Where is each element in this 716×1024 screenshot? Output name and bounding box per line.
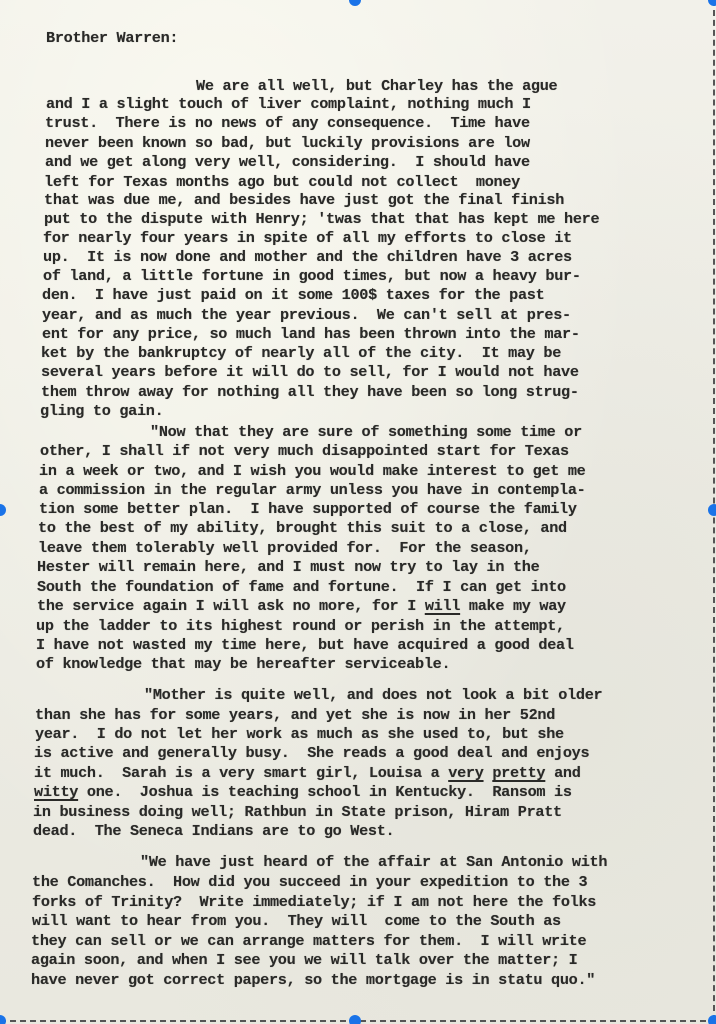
letter-line: I have not wasted my time here, but have… [36,635,574,655]
letter-line: that was due me, and besides have just g… [44,190,564,210]
letter-line: gling to gain. [40,401,163,421]
letter-line: in a week or two, and I wish you would m… [39,461,585,481]
letter-line: in business doing well; Rathbun in State… [33,802,562,822]
letter-line: trust. There is no news of any consequen… [45,113,530,133]
letter-line: is active and generally busy. She reads … [34,743,589,763]
letter-line: ket by the bankruptcy of nearly all of t… [41,343,561,363]
letter-line: "We have just heard of the affair at San… [140,852,607,872]
letter-line: forks of Trinity? Write immediately; if … [32,892,596,912]
letter-line: left for Texas months ago but could not … [44,172,520,192]
salutation: Brother Warren: [46,28,178,48]
letter-line: Hester will remain here, and I must now … [37,557,539,577]
scanned-page-image: Brother Warren:We are all well, but Char… [0,0,716,1024]
letter-line: year. I do not let her work as much as s… [35,724,564,744]
letter-line: of knowledge that may be hereafter servi… [36,654,450,674]
letter-line: up. It is now done and mother and the ch… [43,247,572,267]
letter-line: have never got correct papers, so the mo… [31,970,595,990]
letter-line: and we get along very well, considering.… [45,152,530,172]
letter-line: year, and as much the year previous. We … [42,305,571,325]
letter-line: they can sell or we can arrange matters … [31,931,586,951]
letter-line: the Comanches. How did you succeed in yo… [32,872,587,892]
letter-line: leave them tolerably well provided for. … [38,538,532,558]
letter-line: We are all well, but Charley has the agu… [196,76,557,96]
letter-line: of land, a little fortune in good times,… [43,266,581,286]
letter-line: again soon, and when I see you we will t… [31,950,577,970]
letter-line: witty one. Joshua is teaching school in … [34,782,572,802]
letter-line: ent for any price, so much land has been… [42,324,580,344]
letter-line: up the ladder to its highest round or pe… [36,616,565,636]
letter-line: "Mother is quite well, and does not look… [144,685,602,705]
letter-line: other, I shall if not very much disappoi… [40,441,569,461]
letter-line: than she has for some years, and yet she… [35,705,555,725]
letter-line: several years before it will do to sell,… [41,362,579,382]
letter-line: tion some better plan. I have supported … [39,499,577,519]
letter-line: den. I have just paid on it some 100$ ta… [42,285,544,305]
letter-line: them throw away for nothing all they hav… [41,382,579,402]
crop-handle-bottom-right[interactable] [708,1015,716,1024]
letter-line: and I a slight touch of liver complaint,… [46,94,531,114]
letter-line: dead. The Seneca Indians are to go West. [33,821,394,841]
letter-line: South the foundation of fame and fortune… [37,577,566,597]
crop-handle-middle-right[interactable] [708,504,716,516]
letter-line: a commission in the regular army unless … [39,480,585,500]
letter-line: to the best of my ability, brought this … [38,518,567,538]
letter-line: for nearly four years in spite of all my… [43,228,572,248]
letter-line: never been known so bad, but luckily pro… [45,133,530,153]
crop-handle-bottom-center[interactable] [349,1015,361,1024]
letter-line: will want to hear from you. They will co… [32,911,561,931]
letter-text: Brother Warren:We are all well, but Char… [0,0,716,1024]
letter-line: the service again I will ask no more, fo… [37,596,566,616]
letter-line: put to the dispute with Henry; 'twas tha… [44,209,599,229]
letter-line: it much. Sarah is a very smart girl, Lou… [34,763,581,783]
letter-line: "Now that they are sure of something som… [150,422,582,442]
